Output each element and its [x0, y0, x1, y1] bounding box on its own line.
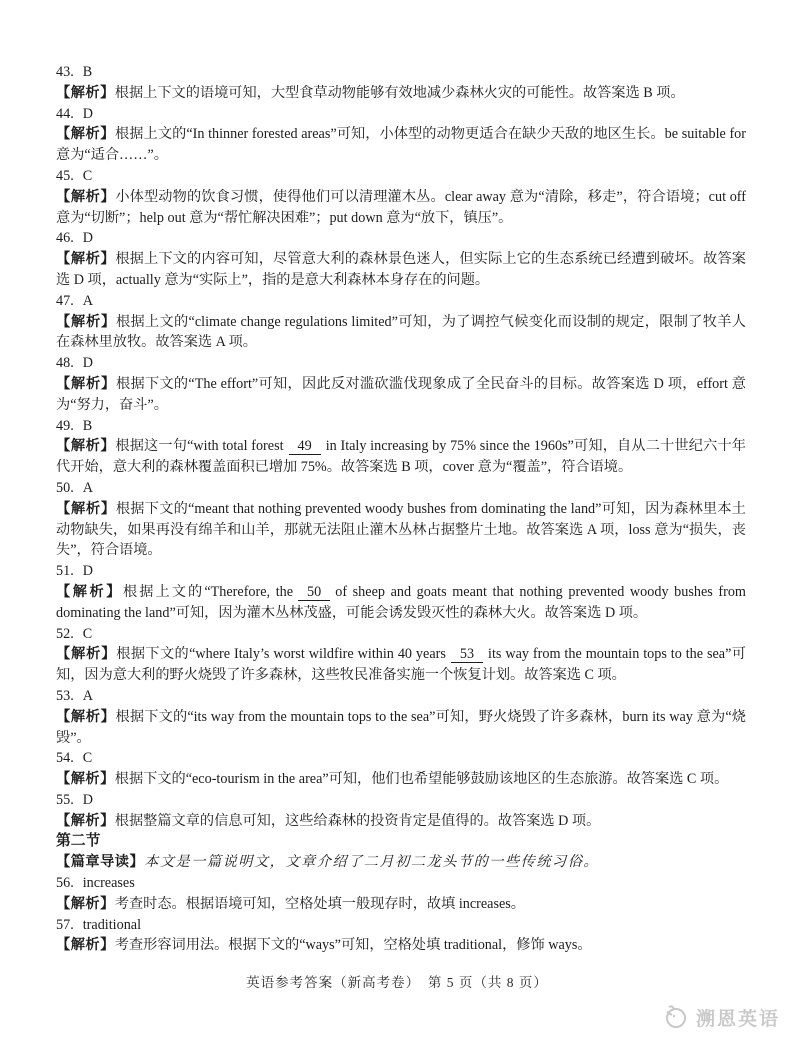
question-number: 52.	[56, 626, 74, 642]
analysis-paragraph: 【解析】考查时态。根据语境可知，空格处填一般现存时，故填 increases。	[56, 894, 746, 915]
analysis-text: 根据下文的“meant that nothing prevented woody…	[56, 501, 746, 559]
section2-heading: 第二节	[56, 831, 746, 852]
analysis-text: 考查形容词用法。根据下文的“ways”可知，空格处填 traditional，修…	[115, 937, 592, 953]
question-answer-line: 54.C	[56, 748, 746, 769]
answer-item: 48.D【解析】根据下文的“The effort”可知，因此反对滥砍滥伐现象成了…	[56, 353, 746, 415]
answer-item: 53.A【解析】根据下文的“its way from the mountain …	[56, 686, 746, 748]
answer-text: A	[83, 688, 93, 704]
answer-item: 51.D【解析】根据上文的“Therefore, the50of sheep a…	[56, 561, 746, 623]
answer-text: D	[83, 106, 93, 122]
question-number: 56.	[56, 875, 74, 891]
analysis-text: 根据上下文的语境可知，大型食草动物能够有效地减少森林火灾的可能性。故答案选 B …	[115, 85, 685, 101]
analysis-text: 根据上文的“Therefore, the	[123, 584, 293, 600]
question-number: 44.	[56, 106, 74, 122]
analysis-paragraph: 【解析】根据下文的“its way from the mountain tops…	[56, 707, 746, 749]
analysis-text: 根据上下文的内容可知，尽管意大利的森林景色迷人，但实际上它的生态系统已经遭到破坏…	[56, 251, 746, 288]
analysis-text: 根据上文的“climate change regulations limited…	[56, 314, 746, 351]
answer-item: 52.C【解析】根据下文的“where Italy’s worst wildfi…	[56, 624, 746, 686]
answer-text: C	[83, 626, 92, 642]
question-answer-line: 48.D	[56, 353, 746, 374]
question-number: 48.	[56, 355, 74, 371]
question-answer-line: 52.C	[56, 624, 746, 645]
watermark-text: 溯恩英语	[696, 1004, 780, 1031]
analysis-text: 根据下文的“where Italy’s worst wildfire withi…	[116, 646, 446, 662]
cloze-blank: 50	[298, 584, 330, 601]
question-answer-line: 46.D	[56, 228, 746, 249]
question-answer-line: 51.D	[56, 561, 746, 582]
intro-text: 本文是一篇说明文，文章介绍了二月初二龙头节的一些传统习俗。	[144, 854, 599, 870]
answer-item: 56.increases【解析】考查时态。根据语境可知，空格处填一般现存时，故填…	[56, 873, 746, 915]
analysis-paragraph: 【解析】根据下文的“meant that nothing prevented w…	[56, 499, 746, 561]
question-answer-line: 45.C	[56, 166, 746, 187]
question-answer-line: 56.increases	[56, 873, 746, 894]
analysis-paragraph: 【解析】根据上文的“climate change regulations lim…	[56, 312, 746, 354]
answer-text: traditional	[83, 917, 141, 933]
question-number: 50.	[56, 480, 74, 496]
analysis-paragraph: 【解析】考查形容词用法。根据下文的“ways”可知，空格处填 tradition…	[56, 935, 746, 956]
answer-text: D	[83, 563, 93, 579]
analysis-tag: 【解析】	[56, 646, 116, 662]
question-answer-line: 50.A	[56, 478, 746, 499]
analysis-text: 小体型动物的饮食习惯，使得他们可以清理灌木丛。clear away 意为“清除，…	[56, 189, 746, 226]
analysis-tag: 【解析】	[56, 438, 115, 454]
analysis-tag: 【解析】	[56, 709, 115, 725]
question-number: 54.	[56, 750, 74, 766]
analysis-tag: 【解析】	[56, 937, 115, 953]
analysis-tag: 【解析】	[56, 501, 116, 517]
question-answer-line: 49.B	[56, 416, 746, 437]
analysis-paragraph: 【解析】根据上文的“Therefore, the50of sheep and g…	[56, 582, 746, 624]
answer-item: 45.C【解析】小体型动物的饮食习惯，使得他们可以清理灌木丛。clear awa…	[56, 166, 746, 228]
section1-items: 43.B【解析】根据上下文的语境可知，大型食草动物能够有效地减少森林火灾的可能性…	[56, 62, 746, 831]
analysis-paragraph: 【解析】根据这一句“with total forest49in Italy in…	[56, 436, 746, 478]
analysis-tag: 【解析】	[56, 376, 116, 392]
answer-item: 46.D【解析】根据上下文的内容可知，尽管意大利的森林景色迷人，但实际上它的生态…	[56, 228, 746, 290]
answer-text: A	[83, 293, 93, 309]
analysis-tag: 【解析】	[56, 896, 115, 912]
analysis-text: 根据下文的“its way from the mountain tops to …	[56, 709, 746, 746]
answer-text: D	[83, 230, 93, 246]
analysis-text: 根据下文的“eco-tourism in the area”可知，他们也希望能够…	[115, 771, 729, 787]
analysis-paragraph: 【解析】小体型动物的饮食习惯，使得他们可以清理灌木丛。clear away 意为…	[56, 187, 746, 229]
answer-item: 47.A【解析】根据上文的“climate change regulations…	[56, 291, 746, 353]
cloze-blank: 53	[451, 646, 483, 663]
analysis-text: 根据整篇文章的信息可知，这些给森林的投资肯定是值得的。故答案选 D 项。	[115, 813, 601, 829]
question-answer-line: 57.traditional	[56, 915, 746, 936]
answer-text: C	[83, 168, 92, 184]
question-answer-line: 44.D	[56, 104, 746, 125]
answer-text: B	[83, 64, 92, 80]
document-body: 43.B【解析】根据上下文的语境可知，大型食草动物能够有效地减少森林火灾的可能性…	[56, 62, 746, 956]
analysis-paragraph: 【解析】根据上下文的语境可知，大型食草动物能够有效地减少森林火灾的可能性。故答案…	[56, 83, 746, 104]
passage-intro: 【篇章导读】本文是一篇说明文，文章介绍了二月初二龙头节的一些传统习俗。	[56, 852, 746, 873]
question-answer-line: 43.B	[56, 62, 746, 83]
question-number: 57.	[56, 917, 74, 933]
analysis-paragraph: 【解析】根据上下文的内容可知，尽管意大利的森林景色迷人，但实际上它的生态系统已经…	[56, 249, 746, 291]
analysis-paragraph: 【解析】根据整篇文章的信息可知，这些给森林的投资肯定是值得的。故答案选 D 项。	[56, 811, 746, 832]
analysis-paragraph: 【解析】根据下文的“eco-tourism in the area”可知，他们也…	[56, 769, 746, 790]
cloze-blank: 49	[289, 438, 321, 455]
answer-item: 49.B【解析】根据这一句“with total forest49in Ital…	[56, 416, 746, 478]
answer-item: 57.traditional【解析】考查形容词用法。根据下文的“ways”可知，…	[56, 915, 746, 957]
answer-item: 44.D【解析】根据上文的“In thinner forested areas”…	[56, 104, 746, 166]
analysis-tag: 【解析】	[56, 251, 115, 267]
suen-english-logo-icon	[660, 1002, 690, 1032]
answer-text: increases	[83, 875, 135, 891]
analysis-text: 根据这一句“with total forest	[115, 438, 283, 454]
answer-text: D	[83, 355, 93, 371]
answer-text: B	[83, 418, 92, 434]
analysis-tag: 【解析】	[56, 771, 115, 787]
answer-item: 55.D【解析】根据整篇文章的信息可知，这些给森林的投资肯定是值得的。故答案选 …	[56, 790, 746, 832]
analysis-tag: 【解析】	[56, 85, 115, 101]
analysis-tag: 【解析】	[56, 126, 115, 142]
analysis-text: 根据上文的“In thinner forested areas”可知，小体型的动…	[56, 126, 746, 163]
question-number: 47.	[56, 293, 74, 309]
answer-item: 50.A【解析】根据下文的“meant that nothing prevent…	[56, 478, 746, 561]
answer-text: C	[83, 750, 92, 766]
answer-key-page: 43.B【解析】根据上下文的语境可知，大型食草动物能够有效地减少森林火灾的可能性…	[0, 0, 794, 1058]
answer-text: D	[83, 792, 93, 808]
analysis-paragraph: 【解析】根据下文的“where Italy’s worst wildfire w…	[56, 644, 746, 686]
answer-item: 54.C【解析】根据下文的“eco-tourism in the area”可知…	[56, 748, 746, 790]
answer-text: A	[83, 480, 93, 496]
analysis-tag: 【解析】	[56, 189, 115, 205]
question-number: 55.	[56, 792, 74, 808]
question-answer-line: 55.D	[56, 790, 746, 811]
intro-tag: 【篇章导读】	[56, 854, 144, 870]
analysis-tag: 【解析】	[56, 314, 116, 330]
question-answer-line: 53.A	[56, 686, 746, 707]
question-number: 45.	[56, 168, 74, 184]
question-answer-line: 47.A	[56, 291, 746, 312]
analysis-tag: 【解析】	[56, 584, 123, 600]
section2-items: 56.increases【解析】考查时态。根据语境可知，空格处填一般现存时，故填…	[56, 873, 746, 956]
analysis-text: 根据下文的“The effort”可知，因此反对滥砍滥伐现象成了全民奋斗的目标。…	[56, 376, 746, 413]
page-footer: 英语参考答案（新高考卷） 第 5 页（共 8 页）	[0, 971, 794, 991]
question-number: 49.	[56, 418, 74, 434]
question-number: 53.	[56, 688, 74, 704]
watermark: 溯恩英语	[660, 1002, 780, 1032]
analysis-tag: 【解析】	[56, 813, 115, 829]
analysis-paragraph: 【解析】根据下文的“The effort”可知，因此反对滥砍滥伐现象成了全民奋斗…	[56, 374, 746, 416]
answer-item: 43.B【解析】根据上下文的语境可知，大型食草动物能够有效地减少森林火灾的可能性…	[56, 62, 746, 104]
analysis-paragraph: 【解析】根据上文的“In thinner forested areas”可知，小…	[56, 124, 746, 166]
question-number: 46.	[56, 230, 74, 246]
question-number: 51.	[56, 563, 74, 579]
analysis-text: 考查时态。根据语境可知，空格处填一般现存时，故填 increases。	[115, 896, 525, 912]
question-number: 43.	[56, 64, 74, 80]
